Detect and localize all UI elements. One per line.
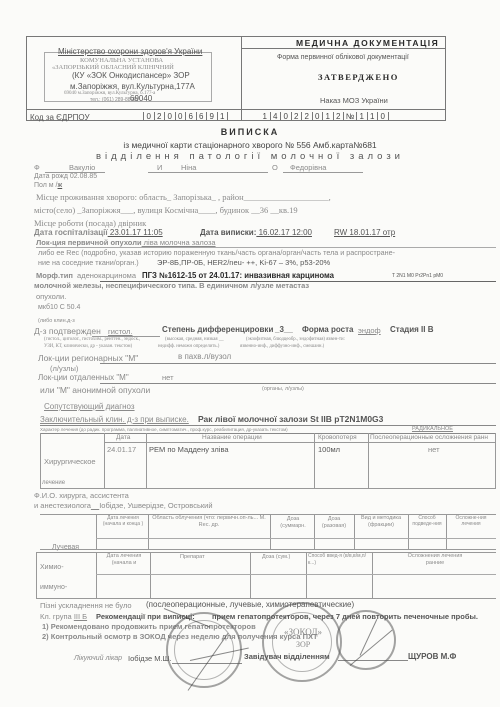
col-divider (250, 552, 251, 599)
order-code: 14022012№110 (260, 112, 410, 121)
growth-hint-1: (экзофитная, блюдцеобр., эндофитная) язв… (246, 337, 345, 342)
patronymic-underline (283, 172, 363, 173)
surgery-header-blood-loss: Кровопотеря (318, 434, 357, 441)
growth-form-value: эндоф (358, 326, 381, 335)
discharge-date: Дата виписки: 16.02.17 12:00 (200, 228, 312, 237)
surname-value: Вакуліо (69, 163, 95, 172)
surgery-row-label-bottom: лечение (42, 480, 65, 486)
institution-postal: 69040 (130, 94, 152, 103)
tnm-classification: T 2N1 M0 Pr2Pn1 pM0 (392, 273, 443, 279)
team-label-1: Ф.И.О. хирурга, ассистента (34, 491, 129, 500)
clinical-note: (либо клин.д-з (38, 318, 75, 324)
diff-hint-2: недифф. неможн определить.) (158, 344, 219, 349)
chemo-header-dose: Доза (сум.) (262, 554, 290, 560)
distant-metastasis-value: нет (162, 373, 174, 382)
col-divider (306, 552, 307, 599)
radiation-header-area: Область облучения (что: первичн.оп-ль...… (150, 515, 268, 528)
document-subtitle: із медичної карти стаціонарного хворого … (0, 140, 500, 150)
attending-doctor-name: Іобідзе М.Ш. (128, 654, 172, 663)
confirmed-value: гистол. (108, 327, 133, 336)
radiation-header-method: Вид и методика (фракции) (356, 515, 406, 528)
diff-hint-1: (высокая, средняя, низкая __ (165, 337, 224, 342)
doctor-stamp-inner (174, 620, 234, 680)
col-divider (354, 514, 355, 550)
organs-hint: (органы, л/узлы) (262, 386, 304, 392)
row-divider (104, 442, 496, 443)
row-divider (96, 538, 496, 539)
radiation-header-date: Дата лечения (начала и конца ) (100, 515, 146, 527)
concomitant-diagnosis-label: Сопутствующий диагноз (44, 402, 135, 411)
chemo-header-drug: Препарат (180, 554, 205, 560)
unknown-tumor-label: или "М" анонимной опухоли (40, 385, 150, 395)
surgery-date: 24.01.17 (107, 445, 136, 454)
document-title: ВИПИСКА (0, 127, 500, 137)
radiation-header-dose-single: Доза (разовая) (316, 516, 352, 529)
row-divider (96, 574, 496, 575)
ministry-name: Міністерство охорони здоров'я України (58, 47, 202, 56)
surgery-header-date: Дата (116, 434, 130, 441)
col-divider (270, 514, 271, 550)
growth-hint-2: язвенно-инф., диффузно-инф., смешанн.) (240, 344, 324, 349)
work-place: Місце роботи (посада) двірник (34, 218, 146, 228)
confirmed-label: Д-з подтвержден (34, 326, 101, 336)
treatment-hint: Характер лечения (до радик. программа, п… (40, 427, 288, 432)
chemo-header-complications: Осложнения лечения ранние (400, 553, 470, 566)
department-name: відділення патології молочної залози (0, 151, 500, 162)
morphology-line-3: опухоли. (36, 292, 66, 301)
receptor-status: ЭР-8Б,ПР-0Б, HER2/neu- ++, Ki-67 – 3%, p… (157, 258, 330, 267)
col-divider (314, 514, 315, 550)
surgery-complications: нет (428, 445, 440, 454)
header-code-line (26, 109, 446, 110)
stamp-text: «ЗОКОД» (284, 627, 322, 637)
treatment-character: РАДИКАЛЬНОЕ (412, 426, 453, 432)
right-header-divider (241, 48, 446, 49)
radiation-header-dose-total: Доза (суммарн. (274, 516, 312, 529)
residence-line-1: Місце проживання хворого: область_ Запор… (36, 192, 331, 202)
approved-label: ЗАТВЕРДЖЕНО (318, 72, 399, 82)
institution-address: м.Запоріжжя, вул.Культурна,177А (70, 82, 195, 91)
name-label: И (157, 163, 162, 172)
col-divider (446, 514, 447, 550)
order-label: Наказ МОЗ України (320, 96, 388, 105)
final-diagnosis-label: Заключительный клин. д-з при выписке. (40, 415, 189, 424)
radiation-row-label: Лучевая (52, 544, 79, 551)
final-diagnosis-value: Рак лівої молочної залози St IIB pT2N1M0… (198, 414, 383, 424)
surgery-row-label: Хирургическое (44, 457, 96, 466)
sex-field: Пол м /ж (34, 182, 62, 189)
radiation-header-complications: Осложне-ния лечения (448, 515, 494, 527)
late-complications: Пізні ускладнення не було (40, 601, 132, 610)
stamp-sub: ЗОР (296, 640, 310, 649)
rw-test: RW 18.01.17 отр (334, 228, 395, 237)
institution-line-1: КОМУНАЛЬНА УСТАНОВА (80, 57, 163, 64)
differentiation-label: Степень дифференцировки (162, 325, 273, 334)
chemo-header-date: Дата лечения (начала и (100, 553, 148, 567)
head-of-department-name: ЩУРОВ М.Ф (408, 652, 456, 661)
rec-note-2: ние на соседние ткани/орган.) (38, 258, 139, 267)
edrpou-label: Код за ЄДРПОУ (30, 113, 90, 122)
morphology-line-2: молочной железы, неспецифического типа. … (34, 281, 309, 290)
medical-documentation-title: МЕДИЧНА ДОКУМЕНТАЦІЯ (296, 38, 439, 48)
residence-line-2: місто(село) _Запоріжжя___, вулиця Косміч… (34, 205, 298, 215)
hospitalization-date: Дата госпіталізації 23.01.17 11:05 (34, 228, 163, 237)
name-underline (148, 172, 268, 173)
chemo-row-label-1: Химио- (40, 564, 64, 571)
surgery-blood-loss: 100мл (318, 445, 340, 454)
morph-label: Морф.тип аденокарцинома (36, 271, 136, 280)
col-divider (96, 552, 97, 599)
team-label: и анестезиолога Іобідзе, Ушверідзе, Остр… (34, 501, 213, 510)
institution-line-3: (КУ «ЗОК Онкодиспансер» ЗОР (72, 71, 190, 80)
confirm-hint-2: УЗИ, КТ, клиничеcки, др - указан. тексто… (44, 344, 132, 349)
primary-tumor-location: Лок-ция первичной опухоли ліва молочна з… (36, 238, 216, 247)
surgery-operation: РЕМ по Маддену зліва (149, 445, 229, 454)
clinical-group: Кл. група III Б (40, 612, 87, 621)
surgery-header-complications: Послеоперационные осложнения ранн (370, 434, 488, 441)
stage-label: Стадия II В (390, 325, 434, 334)
chemo-row-label-2: иммуно- (40, 584, 67, 591)
confirm-hint-1: (гистол., цитолог., гистохим., рентген.,… (44, 337, 140, 342)
regional-metastasis-label: Лок-ции регионарных "М" (38, 353, 138, 363)
col-divider (96, 514, 97, 550)
divider (100, 383, 496, 384)
col-divider (372, 552, 373, 599)
col-divider (148, 514, 149, 550)
regional-metastasis-sub: (л/узлы) (50, 364, 78, 373)
icd-code: мкб10 С 50.4 (38, 304, 80, 311)
form-subtitle: Форма первинної облікової документації (277, 54, 409, 61)
differentiation-value: _3__ (275, 325, 293, 334)
discharge-document: Міністерство охорони здоров'я України КО… (0, 0, 500, 707)
chemo-header-route: Способ введ-я (в/в,в/м,п/к...) (308, 553, 370, 566)
surgery-header-operation: Название операции (202, 434, 262, 441)
rec-note-1: либо ее Rec (подробно, указав историю по… (38, 248, 395, 257)
institution-line-2: «ЗАПОРІЗЬКИЙ ОБЛАСНИЙ КЛІНІЧНИЙ (52, 64, 174, 71)
distant-metastasis-label: Лок-ции отдаленных "М" (38, 373, 129, 382)
patronymic-label: О (272, 163, 278, 172)
growth-form-label: Форма роста (302, 325, 353, 334)
date-of-birth: Дата рожд 02.08.85 (34, 173, 97, 180)
attending-doctor-label: Лікуючий лікар (74, 655, 122, 662)
divider (100, 363, 496, 364)
patronymic-value: Федорівна (290, 163, 326, 172)
col-divider (408, 514, 409, 550)
morphology-report: ПГЗ №1612-15 от 24.01.17: инвазивная кар… (142, 271, 334, 280)
surname-label: Ф (34, 163, 40, 172)
col-divider (150, 552, 151, 599)
edrpou-code: 02006691 (143, 112, 228, 121)
name-value: Ніна (181, 163, 196, 172)
regional-metastasis-value: в пахв.л/вузол (178, 352, 231, 361)
radiation-header-delivery: Способ подведе-ния (410, 515, 444, 527)
